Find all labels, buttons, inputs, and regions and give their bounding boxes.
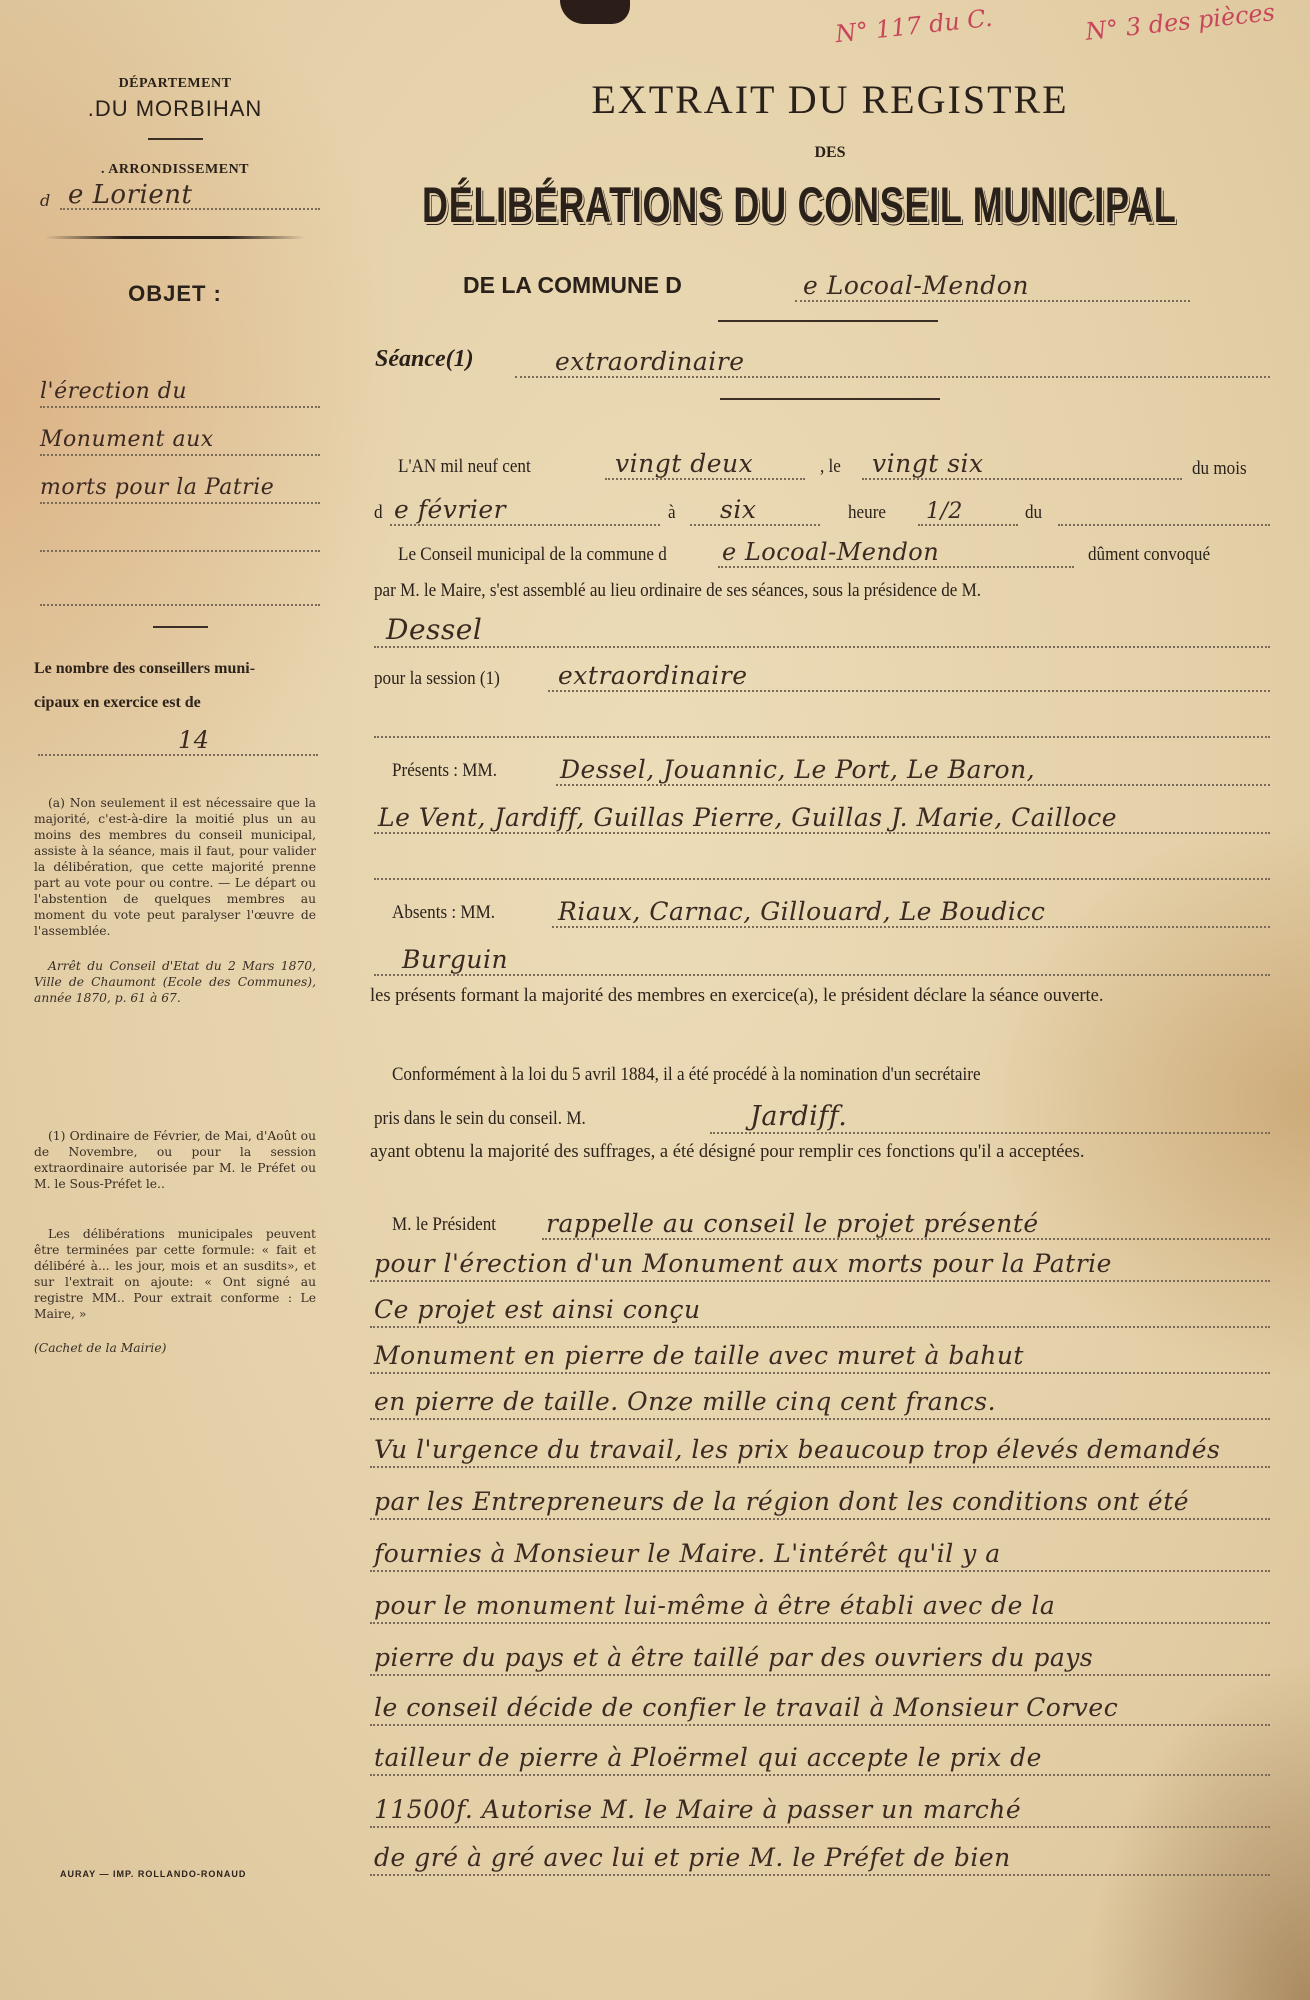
session-label: pour la session (1) [374,668,500,690]
conseil-value: e Locoal-Mendon [722,538,939,566]
objet-lines: l'érection du Monument aux morts pour la… [40,360,320,628]
president-label: M. le Président [392,1214,496,1236]
session-value: extraordinaire [558,661,748,690]
heure-label: heure [848,502,886,524]
an-field: vingt deux [605,446,805,480]
objet-line: morts pour la Patrie [40,456,320,504]
absents-field-2: Burguin [374,940,1270,976]
convoque-label: dûment convoqué [1088,544,1210,566]
conseil-field: e Locoal-Mendon [718,536,1074,568]
printer-credit: AURAY — IMP. ROLLANDO-RONAUD [60,1869,246,1879]
deliberation-line: fournies à Monsieur le Maire. L'intérêt … [370,1528,1270,1572]
a-field: six [690,494,820,526]
absents-line-2: Burguin [402,945,508,974]
department-name: .DU MORBIHAN [30,96,320,122]
presents-field-2: Le Vent, Jardiff, Guillas Pierre, Guilla… [374,798,1270,834]
deliberation-line: rappelle au conseil le projet présenté [542,1202,1270,1240]
assemble-text: par M. le Maire, s'est assemblé au lieu … [374,580,981,602]
note-1: (1) Ordinaire de Février, de Mai, d'Août… [34,1128,316,1192]
councillors-count-field: 14 [38,730,318,756]
deliberation-line: le conseil décide de confier le travail … [370,1682,1270,1726]
secretary-field: Jardiff. [710,1098,1270,1134]
objet-line: l'érection du [40,360,320,408]
torn-corner [560,0,630,24]
deliberation-line: pour l'érection d'un Monument aux morts … [370,1238,1270,1282]
note-a: (a) Non seulement il est nécessaire que … [34,795,316,939]
majority-text: les présents formant la majorité des mem… [370,984,1270,1008]
objet-line: Monument aux [40,408,320,456]
absents-label: Absents : MM. [392,902,495,924]
deliberation-line: 11500f. Autorise M. le Maire à passer un… [370,1784,1270,1828]
heure-field: 1/2 [918,494,1018,526]
presents-field-3 [374,848,1270,880]
flourish-divider [45,236,305,239]
du-field [1058,494,1270,526]
le-label: , le [820,456,841,478]
secretary-value: Jardiff. [750,1101,847,1132]
deliberation-line: par les Entrepreneurs de la région dont … [370,1476,1270,1520]
heure-value: 1/2 [926,499,963,524]
presents-label: Présents : MM. [392,760,497,782]
divider [153,626,208,628]
deliberation-line: pour le monument lui-même à être établi … [370,1580,1270,1624]
cachet-label: (Cachet de la Mairie) [34,1340,316,1356]
deliberation-line: Ce projet est ainsi conçu [370,1284,1270,1328]
left-margin: DÉPARTEMENT .DU MORBIHAN . ARRONDISSEMEN… [30,76,320,307]
an-value: vingt deux [615,449,753,478]
seance-field: extraordinaire [515,342,1270,378]
an-label: L'AN mil neuf cent [398,456,531,478]
blank-line [374,734,1270,738]
arrondissement-label: . ARRONDISSEMENT [30,162,320,178]
objet-label: OBJET : [30,281,320,307]
commune-value: e Locoal-Mendon [803,271,1029,300]
secretary-text-3: ayant obtenu la majorité des suffrages, … [370,1140,1270,1164]
title-deliberations: DÉLIBÉRATIONS DU CONSEIL MUNICIPAL [422,176,1177,234]
secretary-text-1: Conformément à la loi du 5 avril 1884, i… [392,1064,981,1086]
commune-label: DE LA COMMUNE D [463,272,682,299]
title-extrait: EXTRAIT DU REGISTRE [480,76,1180,123]
presents-line-1: Dessel, Jouannic, Le Port, Le Baron, [560,755,1035,784]
arrondissement-prefix: d [40,191,51,210]
commune-field: e Locoal-Mendon [795,266,1190,302]
president-value: Dessel [386,613,482,646]
president-field: Dessel [374,612,1270,648]
secretary-text-2: pris dans le sein du conseil. M. [374,1108,586,1130]
objet-line [40,504,320,552]
councillors-text: Le nombre des conseillers muni- cipaux e… [34,652,324,720]
presents-line-2: Le Vent, Jardiff, Guillas Pierre, Guilla… [378,803,1117,832]
deliberation-line: de gré à gré avec lui et prie M. le Préf… [370,1832,1270,1876]
ornament-divider [718,320,938,322]
divider [148,138,203,140]
arrondissement-field: d e Lorient [30,180,320,214]
objet-line [40,552,320,606]
arrondissement-value: e Lorient [68,180,192,210]
du-mois-label: du mois [1192,458,1247,480]
absents-line-1: Riaux, Carnac, Gillouard, Le Boudicc [558,897,1045,926]
session-field: extraordinaire [548,660,1270,692]
deliberation-line: pierre du pays et à être taillé par des … [370,1632,1270,1676]
deliberation-line: Vu l'urgence du travail, les prix beauco… [370,1424,1270,1468]
divider [720,398,940,400]
mois-value: e février [394,495,506,524]
seance-value: extraordinaire [555,347,745,376]
deliberation-line: tailleur de pierre à Ploërmel qui accept… [370,1732,1270,1776]
note-a-reference: Arrêt du Conseil d'Etat du 2 Mars 1870, … [34,958,316,1006]
title-des: DES [480,144,1180,162]
deliberation-line: en pierre de taille. Onze mille cinq cen… [370,1376,1270,1420]
du-label: du [1025,502,1042,524]
absents-field-1: Riaux, Carnac, Gillouard, Le Boudicc [552,892,1270,928]
a-value: six [720,495,756,524]
conseil-label: Le Conseil municipal de la commune d [398,544,667,566]
le-field: vingt six [862,446,1182,480]
note-formula: Les délibérations municipales peuvent êt… [34,1226,316,1322]
seance-label: Séance(1) [375,346,474,373]
a-label: à [668,502,676,524]
mois-field: e février [390,494,660,526]
mois-prefix: d [374,502,383,524]
councillors-count: 14 [178,726,210,754]
presents-field-1: Dessel, Jouannic, Le Port, Le Baron, [556,750,1270,786]
department-label: DÉPARTEMENT [30,76,320,92]
le-value: vingt six [872,449,984,478]
deliberation-line: Monument en pierre de taille avec muret … [370,1330,1270,1374]
